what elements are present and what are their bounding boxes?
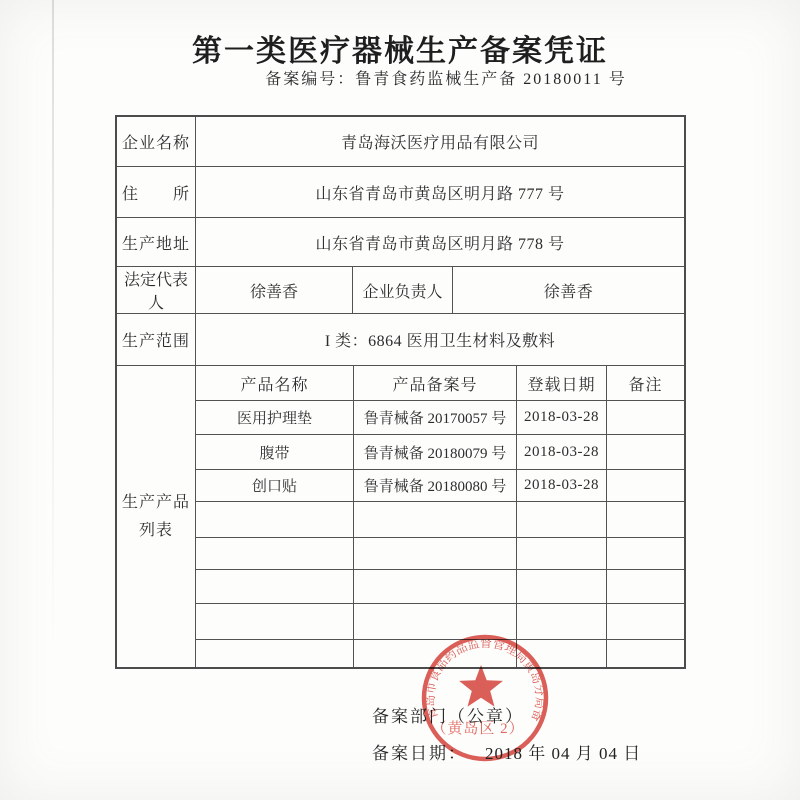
registration-number-line: 备案编号：鲁青食药监械生产备 20180011 号 xyxy=(0,66,800,89)
residence-value: 山东省青岛市黄岛区明月路 777 号 xyxy=(195,167,684,217)
residence-label: 住 所 xyxy=(117,167,195,217)
certificate-page: 第一类医疗器械生产备案凭证 备案编号：鲁青食药监械生产备 20180011 号 … xyxy=(0,0,800,800)
empty-product-row xyxy=(196,639,684,667)
registration-number-label: 备案编号： xyxy=(265,71,355,88)
table-row: 企业名称 青岛海沃医疗用品有限公司 xyxy=(117,117,684,166)
production-address-label: 生产地址 xyxy=(117,218,195,266)
filing-date-label: 备案日期： xyxy=(372,744,467,763)
production-scope-label: 生产范围 xyxy=(117,314,195,365)
legal-representative-label: 法定代表人 xyxy=(117,267,195,313)
registration-number-value: 鲁青食药监械生产备 20180011 号 xyxy=(355,71,626,88)
product-name: 腹带 xyxy=(196,435,353,469)
table-row: 生产范围 I 类：6864 医用卫生材料及敷料 xyxy=(117,313,684,365)
table-row: 住 所 山东省青岛市黄岛区明月路 777 号 xyxy=(117,166,684,217)
company-name-value: 青岛海沃医疗用品有限公司 xyxy=(195,117,684,166)
product-header-row: 产品名称 产品备案号 登载日期 备注 xyxy=(196,366,684,400)
page-title: 第一类医疗器械生产备案凭证 xyxy=(0,26,800,70)
product-list-section: 生产产品 列表 产品名称 产品备案号 登载日期 备注 医用护理垫 鲁青械备 20… xyxy=(117,365,684,667)
listing-date: 2018-03-28 xyxy=(516,401,606,434)
product-record-no-header: 产品备案号 xyxy=(353,366,516,400)
remarks xyxy=(606,435,684,469)
production-address-value: 山东省青岛市黄岛区明月路 778 号 xyxy=(195,218,684,266)
filing-date-line: 备案日期：2018 年 04 月 04 日 xyxy=(372,739,641,764)
certificate-table: 企业名称 青岛海沃医疗用品有限公司 住 所 山东省青岛市黄岛区明月路 777 号… xyxy=(115,115,686,669)
product-name: 医用护理垫 xyxy=(196,401,353,434)
legal-representative-value: 徐善香 xyxy=(195,267,352,313)
seal-star-icon xyxy=(459,665,503,707)
empty-product-row xyxy=(196,501,684,537)
scan-fold-line xyxy=(52,0,54,655)
product-record-no: 鲁青械备 20180079 号 xyxy=(353,435,516,469)
product-list-grid: 产品名称 产品备案号 登载日期 备注 医用护理垫 鲁青械备 20170057 号… xyxy=(195,366,684,667)
empty-product-row xyxy=(196,537,684,569)
production-scope-value: I 类：6864 医用卫生材料及敷料 xyxy=(195,314,684,365)
company-name-label: 企业名称 xyxy=(117,117,195,166)
enterprise-head-label: 企业负责人 xyxy=(352,267,452,313)
remarks xyxy=(606,401,684,434)
product-row: 创口贴 鲁青械备 20180080 号 2018-03-28 xyxy=(196,469,684,501)
filing-date-value: 2018 年 04 月 04 日 xyxy=(485,744,641,763)
product-name-header: 产品名称 xyxy=(196,366,353,400)
filing-department-line: 备案部门（公章） xyxy=(372,702,524,727)
remarks xyxy=(606,470,684,501)
remarks-header: 备注 xyxy=(606,366,684,400)
product-name: 创口贴 xyxy=(196,470,353,501)
listing-date: 2018-03-28 xyxy=(516,470,606,501)
table-row: 法定代表人 徐善香 企业负责人 徐善香 xyxy=(117,266,684,313)
empty-product-row xyxy=(196,603,684,639)
listing-date-header: 登载日期 xyxy=(516,366,606,400)
product-row: 医用护理垫 鲁青械备 20170057 号 2018-03-28 xyxy=(196,400,684,434)
product-record-no: 鲁青械备 20180080 号 xyxy=(353,470,516,501)
product-row: 腹带 鲁青械备 20180079 号 2018-03-28 xyxy=(196,434,684,469)
listing-date: 2018-03-28 xyxy=(516,435,606,469)
table-row: 生产地址 山东省青岛市黄岛区明月路 778 号 xyxy=(117,217,684,266)
empty-product-row xyxy=(196,569,684,603)
product-list-side-label: 生产产品 列表 xyxy=(117,366,195,667)
enterprise-head-value: 徐善香 xyxy=(452,267,684,313)
product-record-no: 鲁青械备 20170057 号 xyxy=(353,401,516,434)
